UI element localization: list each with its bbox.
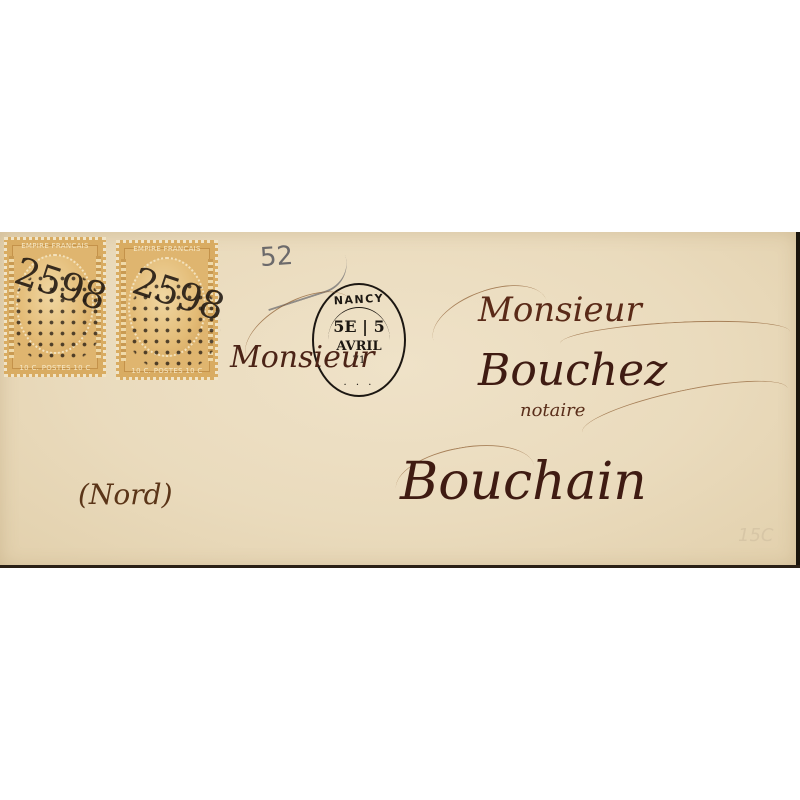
envelope-shadow-edge: [796, 232, 800, 567]
postmark-divider: |: [362, 317, 368, 336]
handwritten-monsieur: Monsieur: [478, 290, 642, 330]
pencil-note: 52: [259, 241, 294, 273]
stamp-top-text: EMPIRE FRANCAIS: [7, 242, 103, 250]
faint-pencil-mark: 15C: [738, 525, 773, 546]
postmark-day: 5: [374, 317, 385, 336]
handwritten-department: (Nord): [78, 478, 173, 511]
envelope-bottom-edge: [0, 565, 800, 568]
handwritten-monsieur-left: Monsieur: [230, 340, 375, 375]
handwritten-title: notaire: [520, 400, 585, 421]
handwritten-recipient-name: Bouchez: [478, 345, 667, 396]
stamp-top-text: EMPIRE FRANCAIS: [119, 245, 215, 253]
handwritten-city: Bouchain: [400, 452, 647, 512]
postmark-bottom-dots: · · ·: [314, 380, 404, 391]
